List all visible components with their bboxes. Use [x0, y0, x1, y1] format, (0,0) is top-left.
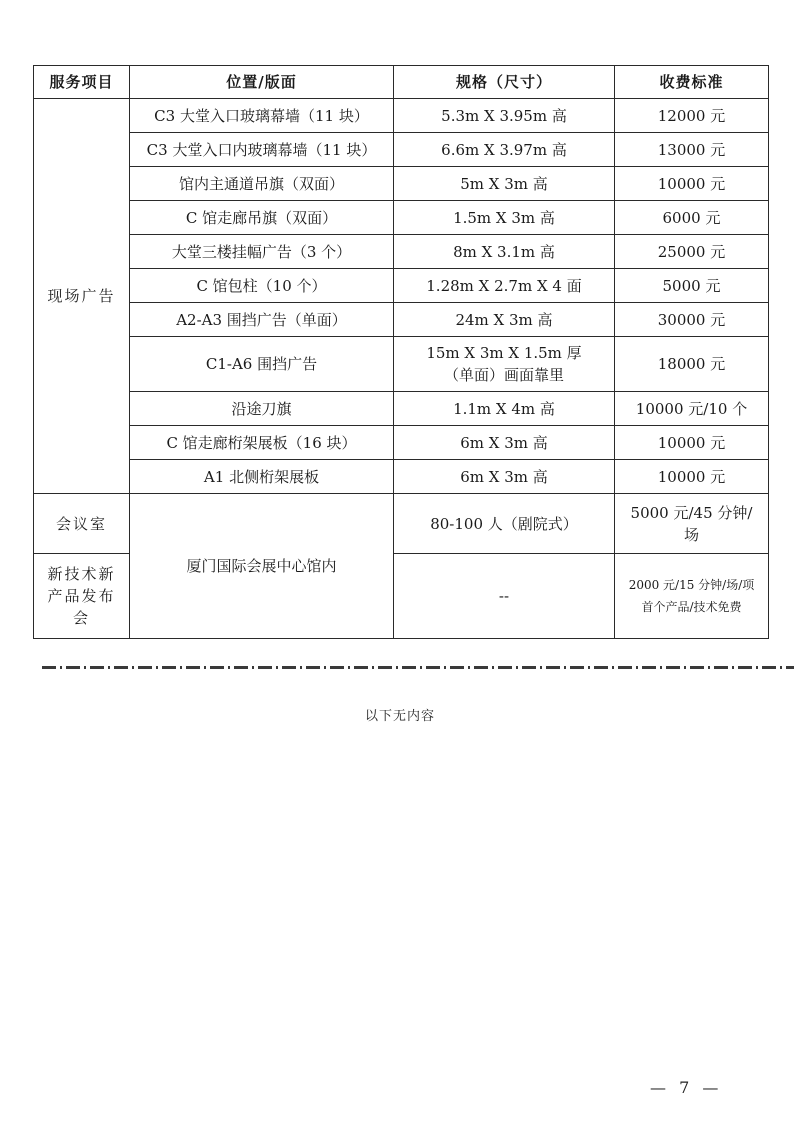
table-row-meeting-room: 会议室 厦门国际会展中心馆内 80-100 人（剧院式） 5000 元/45 分… — [34, 494, 769, 554]
page-number: — 7 — — [650, 1078, 722, 1097]
cell-spec: 1.1m X 4m 高 — [394, 392, 615, 426]
table-row: 大堂三楼挂幅广告（3 个） 8m X 3.1m 高 25000 元 — [34, 235, 769, 269]
cell-fee: 30000 元 — [615, 303, 769, 337]
cell-fee: 13000 元 — [615, 133, 769, 167]
cell-fee: 18000 元 — [615, 337, 769, 392]
category-line: 产品发布 — [38, 585, 125, 607]
table-row: A1 北侧桁架展板 6m X 3m 高 10000 元 — [34, 460, 769, 494]
spec-line: （单面）画面靠里 — [398, 364, 610, 386]
cell-location: 沿途刀旗 — [130, 392, 394, 426]
cell-fee: 2000 元/15 分钟/场/项 首个产品/技术免费 — [615, 554, 769, 639]
cell-spec: 8m X 3.1m 高 — [394, 235, 615, 269]
cell-fee: 5000 元 — [615, 269, 769, 303]
cell-fee: 12000 元 — [615, 99, 769, 133]
cell-spec: 1.28m X 2.7m X 4 面 — [394, 269, 615, 303]
cell-spec: 1.5m X 3m 高 — [394, 201, 615, 235]
cell-fee: 6000 元 — [615, 201, 769, 235]
table-row: 沿途刀旗 1.1m X 4m 高 10000 元/10 个 — [34, 392, 769, 426]
cell-fee: 10000 元 — [615, 167, 769, 201]
category-line: 新技术新 — [38, 563, 125, 585]
cell-spec: 80-100 人（剧院式） — [394, 494, 615, 554]
table-row: 馆内主通道吊旗（双面） 5m X 3m 高 10000 元 — [34, 167, 769, 201]
category-launch-event: 新技术新 产品发布 会 — [34, 554, 130, 639]
fee-line: 2000 元/15 分钟/场/项 — [619, 574, 764, 596]
cell-shared-location: 厦门国际会展中心馆内 — [130, 494, 394, 639]
cell-location: C3 大堂入口玻璃幕墙（11 块） — [130, 99, 394, 133]
cell-location: C3 大堂入口内玻璃幕墙（11 块） — [130, 133, 394, 167]
cell-location: A2-A3 围挡广告（单面） — [130, 303, 394, 337]
dash-dot-divider — [42, 666, 794, 669]
end-of-content-note: 以下无内容 — [0, 705, 800, 724]
cell-spec: -- — [394, 554, 615, 639]
cell-spec: 24m X 3m 高 — [394, 303, 615, 337]
cell-fee: 10000 元/10 个 — [615, 392, 769, 426]
cell-spec: 5.3m X 3.95m 高 — [394, 99, 615, 133]
cell-spec: 6m X 3m 高 — [394, 426, 615, 460]
fee-line: 首个产品/技术免费 — [619, 596, 764, 618]
cell-spec: 5m X 3m 高 — [394, 167, 615, 201]
fee-line: 5000 元/45 分钟/ — [619, 502, 764, 524]
table-header-row: 服务项目 位置/版面 规格（尺寸） 收费标准 — [34, 66, 769, 99]
cell-location: C 馆走廊吊旗（双面） — [130, 201, 394, 235]
table-row: 现场广告 C3 大堂入口玻璃幕墙（11 块） 5.3m X 3.95m 高 12… — [34, 99, 769, 133]
cell-location: C1-A6 围挡广告 — [130, 337, 394, 392]
cell-spec: 6.6m X 3.97m 高 — [394, 133, 615, 167]
table-row: C 馆走廊桁架展板（16 块） 6m X 3m 高 10000 元 — [34, 426, 769, 460]
category-onsite-ads: 现场广告 — [34, 99, 130, 494]
cell-location: 馆内主通道吊旗（双面） — [130, 167, 394, 201]
table-row: C1-A6 围挡广告 15m X 3m X 1.5m 厚 （单面）画面靠里 18… — [34, 337, 769, 392]
table-row: C 馆走廊吊旗（双面） 1.5m X 3m 高 6000 元 — [34, 201, 769, 235]
category-meeting-room: 会议室 — [34, 494, 130, 554]
header-spec: 规格（尺寸） — [394, 66, 615, 99]
spec-line: 15m X 3m X 1.5m 厚 — [398, 342, 610, 364]
header-service-item: 服务项目 — [34, 66, 130, 99]
cell-spec: 15m X 3m X 1.5m 厚 （单面）画面靠里 — [394, 337, 615, 392]
table-row: C 馆包柱（10 个） 1.28m X 2.7m X 4 面 5000 元 — [34, 269, 769, 303]
header-location: 位置/版面 — [130, 66, 394, 99]
header-fee: 收费标准 — [615, 66, 769, 99]
cell-fee: 10000 元 — [615, 426, 769, 460]
service-fee-table: 服务项目 位置/版面 规格（尺寸） 收费标准 现场广告 C3 大堂入口玻璃幕墙（… — [33, 65, 769, 639]
document-page: 服务项目 位置/版面 规格（尺寸） 收费标准 现场广告 C3 大堂入口玻璃幕墙（… — [0, 0, 800, 1128]
cell-fee: 5000 元/45 分钟/ 场 — [615, 494, 769, 554]
table-row: A2-A3 围挡广告（单面） 24m X 3m 高 30000 元 — [34, 303, 769, 337]
cell-spec: 6m X 3m 高 — [394, 460, 615, 494]
cell-location: C 馆包柱（10 个） — [130, 269, 394, 303]
cell-fee: 10000 元 — [615, 460, 769, 494]
cell-fee: 25000 元 — [615, 235, 769, 269]
cell-location: C 馆走廊桁架展板（16 块） — [130, 426, 394, 460]
cell-location: A1 北侧桁架展板 — [130, 460, 394, 494]
cell-location: 大堂三楼挂幅广告（3 个） — [130, 235, 394, 269]
fee-line: 场 — [619, 524, 764, 546]
table-row: C3 大堂入口内玻璃幕墙（11 块） 6.6m X 3.97m 高 13000 … — [34, 133, 769, 167]
category-line: 会 — [38, 607, 125, 629]
